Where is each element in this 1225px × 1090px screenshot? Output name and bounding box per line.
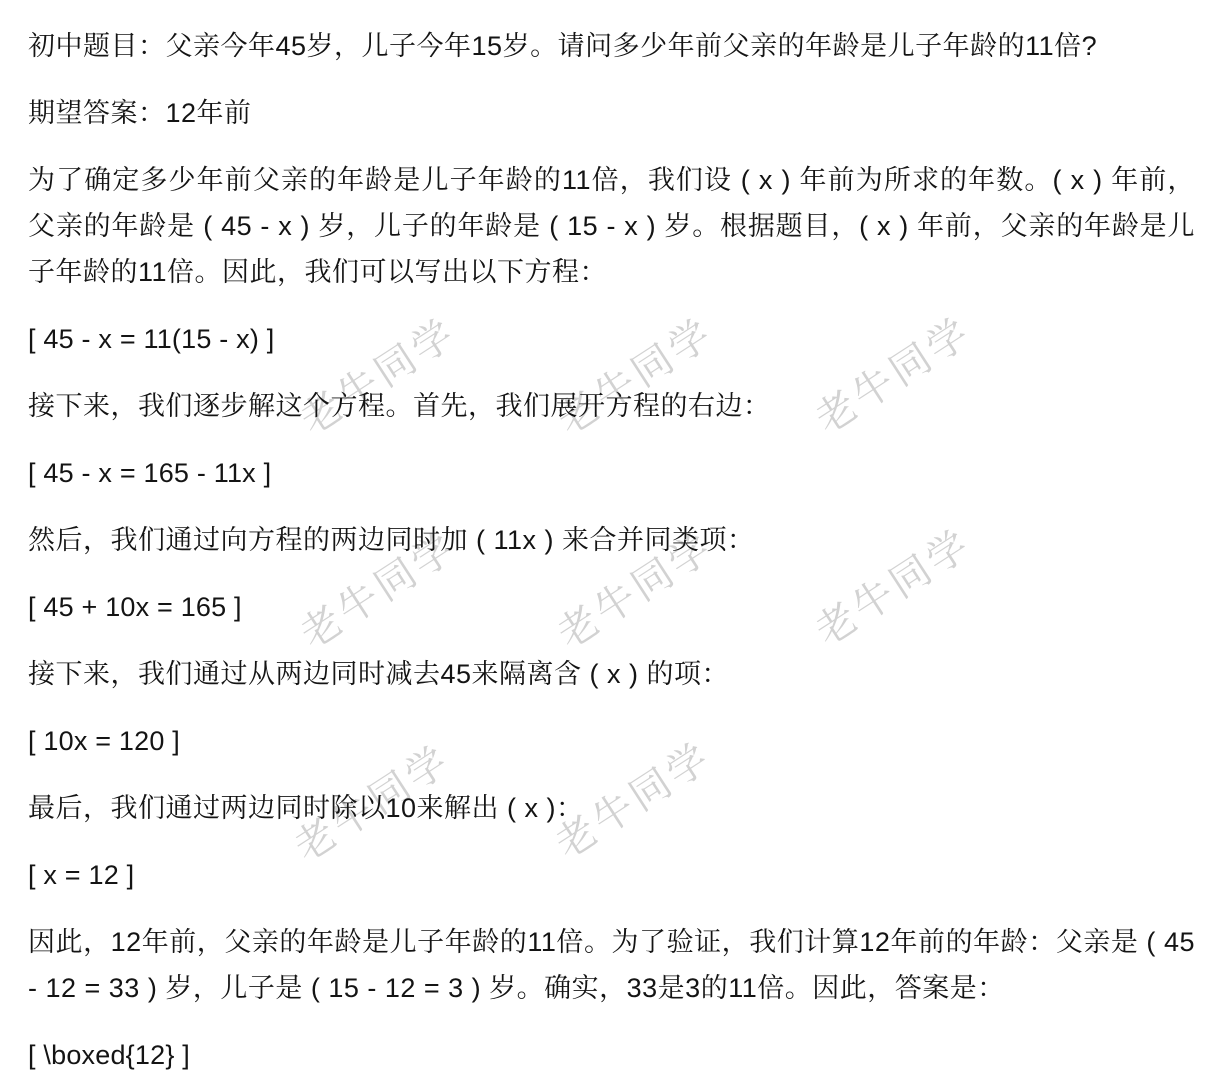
- expected-answer: 期望答案：12年前: [28, 90, 1195, 136]
- document-page: 老牛同学老牛同学老牛同学老牛同学老牛同学老牛同学老牛同学老牛同学 初中题目：父亲…: [0, 0, 1225, 1090]
- verification: 因此，12年前，父亲的年龄是儿子年龄的11倍。为了验证，我们计算12年前的年龄：…: [28, 919, 1195, 1011]
- solution-setup: 为了确定多少年前父亲的年龄是儿子年龄的11倍，我们设 ( x ) 年前为所求的年…: [28, 157, 1195, 295]
- final-boxed-answer: [ \boxed{12} ]: [28, 1032, 1195, 1078]
- equation-solution: [ x = 12 ]: [28, 852, 1195, 898]
- document-content: 初中题目：父亲今年45岁，儿子今年15岁。请问多少年前父亲的年龄是儿子年龄的11…: [0, 0, 1225, 1078]
- equation-expanded: [ 45 - x = 165 - 11x ]: [28, 450, 1195, 496]
- step-isolate-x: 接下来，我们通过从两边同时减去45来隔离含 ( x ) 的项：: [28, 651, 1195, 697]
- step-expand: 接下来，我们逐步解这个方程。首先，我们展开方程的右边：: [28, 383, 1195, 429]
- equation-combined: [ 45 + 10x = 165 ]: [28, 584, 1195, 630]
- equation-isolated: [ 10x = 120 ]: [28, 718, 1195, 764]
- step-solve-x: 最后，我们通过两边同时除以10来解出 ( x )：: [28, 785, 1195, 831]
- problem-statement: 初中题目：父亲今年45岁，儿子今年15岁。请问多少年前父亲的年龄是儿子年龄的11…: [28, 23, 1195, 69]
- equation-initial: [ 45 - x = 11(15 - x) ]: [28, 316, 1195, 362]
- step-combine-terms: 然后，我们通过向方程的两边同时加 ( 11x ) 来合并同类项：: [28, 517, 1195, 563]
